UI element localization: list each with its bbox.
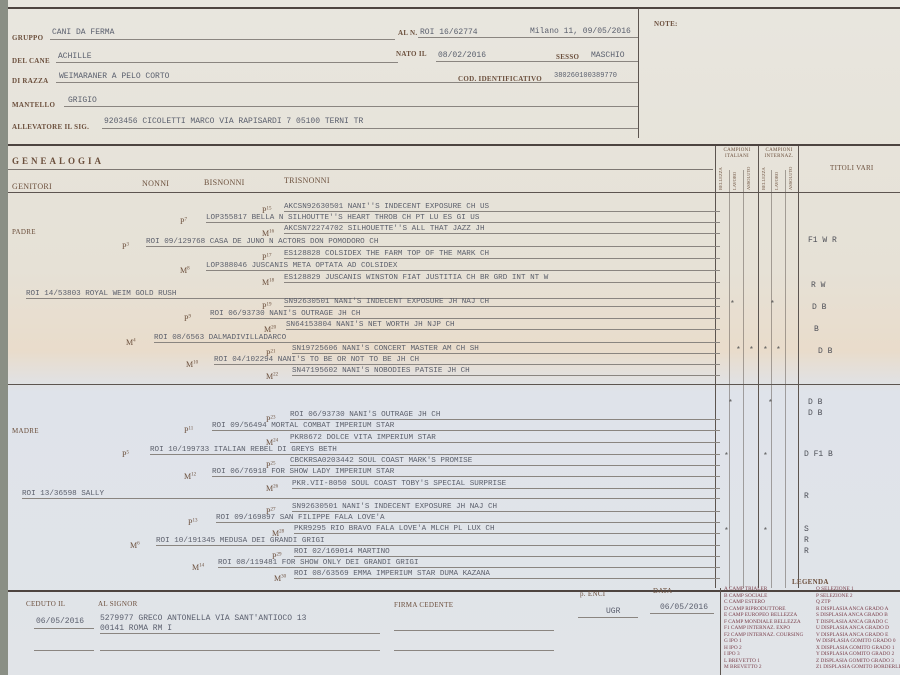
gen-marker: P13 [188,518,197,527]
col-genitori: GENITORI [12,182,52,191]
allevatore-label: ALLEVATORE IL SIG. [12,123,89,131]
pedigree-row: ROI 06/93730 NANI'S OUTRAGE JH CH [290,411,720,420]
champion-mark: * [749,346,754,355]
col-trisnonni: TRISNONNI [284,176,330,185]
pedigree-row: ES128828 COLSIDEX THE FARM TOP OF THE MA… [284,250,720,259]
legend-item: Z1 DISPLASIA GOMITO BORDERLINE [816,664,900,670]
titles-cell: D B [808,409,822,418]
titles-cell: S [804,525,809,534]
pedigree-row: SN92630501 NANI'S INDECENT EXPOSURE JH N… [284,298,720,307]
genealogy-title-rule [8,169,713,170]
enci-line [578,617,638,618]
sesso-value: MASCHIO [591,51,625,60]
legend-item: W DISPLASIA GOMITO GRADO 0 [816,638,896,644]
signor-line1: 5279977 GRECO ANTONELLA VIA SANT'ANTIOCO… [100,614,306,623]
legend-item: U DISPLASIA ANCA GRADO D [816,625,889,631]
pedigree-row: ROI 10/191345 MEDUSA DEI GRANDI GRIGI [156,537,720,546]
mantello-value: GRIGIO [68,96,97,105]
titles-cell: R [804,547,809,556]
enci-label: p. ENCI [580,590,605,598]
ceduto-line-2 [34,650,94,651]
legend-item: F CAMP MONDIALE BELLEZZA [724,619,801,625]
pedigree-row: SN64153804 NANI'S NET WORTH JH NJP CH [286,321,720,330]
champion-mark: * [770,300,775,309]
gen-marker: M8 [180,266,190,275]
pedigree-row: ROI 08/119481 FOR SHOW ONLY DEI GRANDI G… [218,559,720,568]
titles-cell: R [804,492,809,501]
data-line [650,613,714,614]
cane-value: ACHILLE [58,52,92,61]
titles-cell: F1 W R [808,236,837,245]
subcol-4 [771,170,772,588]
legend-item: O SELEZIONE 1 [816,586,854,592]
top-border [8,7,900,9]
champion-mark: * [763,346,768,355]
firma-line-2 [394,650,554,651]
gen-marker: M16 [262,229,274,238]
titles-cell: R [804,536,809,545]
legend-item: S DISPLASIA ANCA GRADO B [816,612,888,618]
legend-item: H IPO 2 [724,645,742,651]
pedigree-row: ROI 06/76918 FOR SHOW LADY IMPERIUM STAR [212,468,720,477]
firma-line [394,630,554,631]
gruppo-value: CANI DA FERMA [52,28,114,37]
pedigree-row: ROI 09/56494 MORTAL COMBAT IMPERIUM STAR [212,422,720,431]
pedigree-row: LOP388046 JUSCANIS META OPTATA AD COLSID… [206,262,720,271]
al-n-label: AL N. [398,29,417,37]
legend-item: I IPO 3 [724,651,740,657]
champion-mark: * [763,527,768,536]
al-n-value: ROI 16/62774 [420,28,478,37]
sesso-label: SESSO [556,53,579,61]
legend-item: A CAMP TRIALER [724,586,767,592]
titles-cell: B [814,325,819,334]
gen-marker: P11 [184,426,193,435]
cane-label: DEL CANE [12,57,50,65]
champ-internaz-header: CAMPIONI INTERNAZ. [759,148,799,160]
titles-cell: D B [808,398,822,407]
pedigree-row: CBCKRSA0203442 SOUL COAST MARK'S PROMISE [290,457,720,466]
note-label: NOTE: [654,20,678,28]
razza-value: WEIMARANER A PELO CORTO [59,72,169,81]
gen-marker: M22 [266,372,278,381]
gruppo-line [50,39,395,40]
al-n-line [418,37,638,38]
enci-value: UGR [606,607,620,616]
champion-mark: * [728,399,733,408]
gen-marker: M20 [264,325,276,334]
gen-marker: M30 [274,574,286,583]
cod-value: 380260100389770 [554,72,617,80]
titles-cell: D B [818,347,832,356]
nato-label: NATO IL [396,50,427,58]
allevatore-value: 9203456 CICOLETTI MARCO VIA RAPISARDI 7 … [104,117,363,126]
champ-col-right [798,146,799,588]
madre-value: ROI 13/36598 SALLY [22,490,720,499]
subcol-2 [743,170,744,588]
champion-mark: * [763,452,768,461]
pedigree-row: SN47195602 NANI'S NOBODIES PATSIE JH CH [292,367,720,376]
champion-mark: * [736,346,741,355]
subcol-label-5: LAVORO [774,172,779,190]
signor-line2: 00141 ROMA RM I [100,624,172,633]
subcol-1 [729,170,730,588]
pedigree-row: ROI 02/169014 MARTINO [294,548,720,557]
data-value: 06/05/2016 [660,603,708,612]
pedigree-row: PKR8672 DOLCE VITA IMPERIUM STAR [290,434,720,443]
madre-label: MADRE [12,427,39,435]
legend-item: Z DISPLASIA GOMITO GRADO 3 [816,658,894,664]
note-divider [638,8,639,138]
legend-item: M BREVETTO 2 [724,664,762,670]
legend-item: R DISPLASIA ANCA GRADO A [816,606,888,612]
legend-item: B CAMP SOCIALE [724,593,767,599]
pedigree-certificate: GRUPPO CANI DA FERMA AL N. ROI 16/62774 … [8,0,900,675]
legend-item: V DISPLASIA ANCA GRADO E [816,632,888,638]
gen-marker: M26 [266,484,278,493]
cod-label: COD. IDENTIFICATIVO [458,75,542,83]
legend-item: L BREVETTO 1 [724,658,760,664]
pedigree-row: AKCSN72274702 SILHOUETTE''S ALL THAT JAZ… [284,225,720,234]
gen-marker: P9 [184,314,191,323]
legend-item: P SELEZIONE 2 [816,593,853,599]
subcol-label-6: ASSOLUTO [788,167,793,190]
nato-value: 08/02/2016 [438,51,486,60]
pedigree-row: ROI 10/199733 ITALIAN REBEL DI GREYS BET… [150,446,720,455]
subcol-label-3: ASSOLUTO [746,167,751,190]
subcol-5 [785,170,786,588]
subcol-label-4: BELLEZZA [761,167,766,190]
mantello-line [64,106,638,107]
gen-marker: M14 [192,563,204,572]
legend-item: X DISPLASIA GOMITO GRADO 1 [816,645,894,651]
pedigree-row: LOP355817 BELLA N SILHOUTTE''S HEART THR… [206,214,720,223]
champion-mark: * [724,527,729,536]
champion-mark: * [730,300,735,309]
pedigree-row: AKCSN92630501 NANI''S INDECENT EXPOSURE … [284,203,720,212]
legend-divider [720,588,721,675]
pedigree-row: ROI 04/102294 NANI'S TO BE OR NOT TO BE … [214,356,720,365]
pedigree-row: PKR9295 RIO BRAVO FALA LOVE'A MLCH PL LU… [294,525,720,534]
gen-marker: M4 [126,338,136,347]
pedigree-row: SN19725606 NANI'S CONCERT MASTER AM CH S… [292,345,720,354]
gen-marker: M6 [130,541,140,550]
allevatore-line [102,128,638,129]
gen-marker: M12 [184,472,196,481]
champ-col-mid [758,146,759,588]
titles-cell: D F1 B [804,450,833,459]
legend-item: G IPO 1 [724,638,742,644]
legend-title: LEGENDA [792,578,829,586]
legend-item: Y DISPLASIA GOMITO GRADO 2 [816,651,894,657]
signor-label: AL SIGNOR [98,600,138,608]
legend-item: T DISPLASIA ANCA GRADO C [816,619,888,625]
pedigree-row: ROI 06/93730 NANI'S OUTRAGE JH CH [210,310,720,319]
ceduto-label: CEDUTO IL [26,600,65,608]
champion-mark: * [724,452,729,461]
place-date: Milano 11, 09/05/2016 [530,27,631,36]
pedigree-row: ROI 08/6563 DALMADIVILLADARCO [154,334,720,343]
legend-item: D CAMP RIPRODUTTORE [724,606,786,612]
pedigree-row: PKR.VII-8050 SOUL COAST TOBY'S SPECIAL S… [292,480,720,489]
ceduto-value: 06/05/2016 [36,617,84,626]
col-bisnonni: BISNONNI [204,178,245,187]
data-label: DATA [653,587,672,595]
columns-rule [8,192,900,193]
legend-item: Q ZTP [816,599,831,605]
titles-cell: R W [811,281,825,290]
gen-marker: M10 [186,360,198,369]
pedigree-row: ROI 08/63569 EMMA IMPERIUM STAR DUMA KAZ… [294,570,720,579]
col-nonni: NONNI [142,179,169,188]
legend-item: C CAMP ESTERO [724,599,765,605]
nato-line [436,61,638,62]
legend-item: E CAMP EUROPEO BELLEZZA [724,612,797,618]
gen-marker: P17 [262,253,271,262]
gen-marker: P7 [180,217,187,226]
genealogy-top-border [8,144,900,146]
legend-item: F2 CAMP INTERNAZ. COURSING [724,632,803,638]
champion-mark: * [768,399,773,408]
champ-italiani-header: CAMPIONI ITALIANI [716,148,758,160]
razza-line [56,82,638,83]
pedigree-row: SN92630501 NANI'S INDECENT EXPOSURE JH N… [292,503,720,512]
signor-line-2 [100,650,380,651]
genealogy-title: GENEALOGIA [12,156,104,166]
legend-item: F1 CAMP INTERNAZ. EXPO [724,625,790,631]
pedigree-row: ROI 09/129768 CASA DE JUNO N ACTORS DON … [146,238,720,247]
ceduto-line [34,628,94,629]
gen-marker: P5 [122,450,129,459]
gruppo-label: GRUPPO [12,34,43,42]
titles-cell: D B [812,303,826,312]
champion-mark: * [776,346,781,355]
pedigree-row: ROI 09/169897 SAN FILIPPE FALA LOVE'A [216,514,720,523]
firma-cedente-label: FIRMA CEDENTE [394,601,453,609]
razza-label: DI RAZZA [12,77,48,85]
pedigree-row: ES128829 JUSCANIS WINSTON FIAT JUSTITIA … [284,274,720,283]
padre-label: PADRE [12,228,36,236]
mantello-label: MANTELLO [12,101,55,109]
signor-line [100,633,380,634]
cane-line [56,62,398,63]
titoli-vari-header: TITOLI VARI [830,164,874,172]
gen-marker: M18 [262,278,274,287]
padre-madre-divider [8,384,900,385]
subcol-label-2: LAVORO [732,172,737,190]
gen-marker: P3 [122,242,129,251]
subcol-label-1: BELLEZZA [718,167,723,190]
